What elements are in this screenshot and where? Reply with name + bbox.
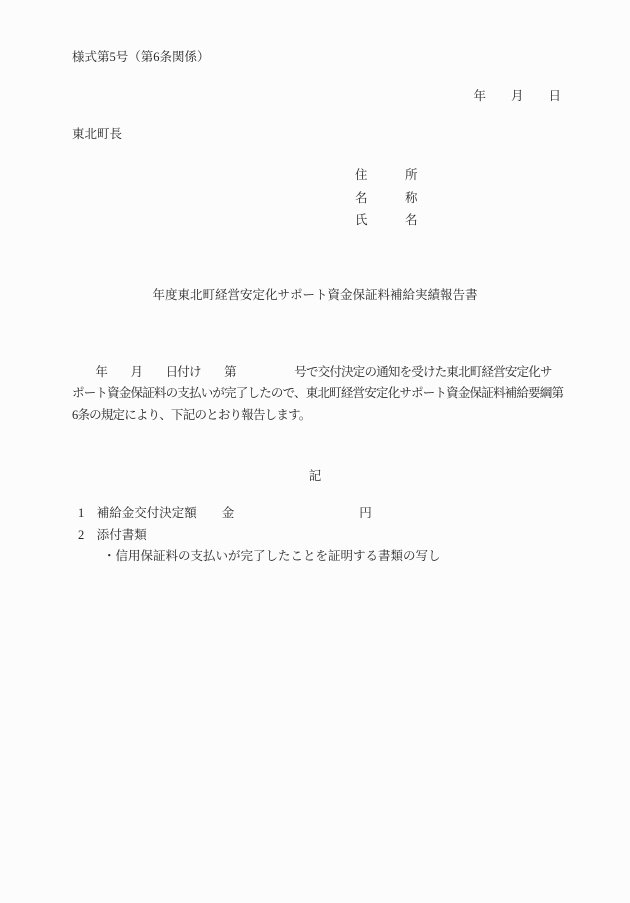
list-item-attachments-heading: 2 添付書類 bbox=[78, 529, 441, 551]
body-line-3: 6条の規定により、下記のとおり報告します。 bbox=[72, 409, 572, 430]
applicant-person-name-label: 氏 名 bbox=[355, 214, 418, 237]
form-number: 様式第5号（第6条関係） bbox=[72, 51, 210, 64]
applicant-block: 住 所 名 称 氏 名 bbox=[355, 169, 418, 237]
addressee: 東北町長 bbox=[72, 128, 122, 141]
list-item-attachment-bullet: ・信用保証料の支払いが完了したことを証明する書類の写し bbox=[78, 550, 441, 572]
date-blank-line: 年 月 日 bbox=[473, 90, 561, 103]
document-page: 様式第5号（第6条関係） 年 月 日 東北町長 住 所 名 称 氏 名 年度東北… bbox=[0, 0, 630, 903]
applicant-name-label: 名 称 bbox=[355, 192, 418, 215]
applicant-address-label: 住 所 bbox=[355, 169, 418, 192]
list-item-grant-amount: 1 補給金交付決定額 金 円 bbox=[78, 507, 441, 529]
body-line-2: ポート資金保証料の支払いが完了したので、東北町経営安定化サポート資金保証料補給要… bbox=[72, 387, 572, 408]
item-list: 1 補給金交付決定額 金 円 2 添付書類 ・信用保証料の支払いが完了したことを… bbox=[78, 507, 441, 572]
body-line-1: 年 月 日付け 第 号で交付決定の通知を受けた東北町経営安定化サ bbox=[72, 366, 572, 387]
record-marker: 記 bbox=[0, 470, 630, 483]
body-paragraph: 年 月 日付け 第 号で交付決定の通知を受けた東北町経営安定化サ ポート資金保証… bbox=[72, 366, 572, 430]
document-title: 年度東北町経営安定化サポート資金保証料補給実績報告書 bbox=[0, 289, 630, 302]
